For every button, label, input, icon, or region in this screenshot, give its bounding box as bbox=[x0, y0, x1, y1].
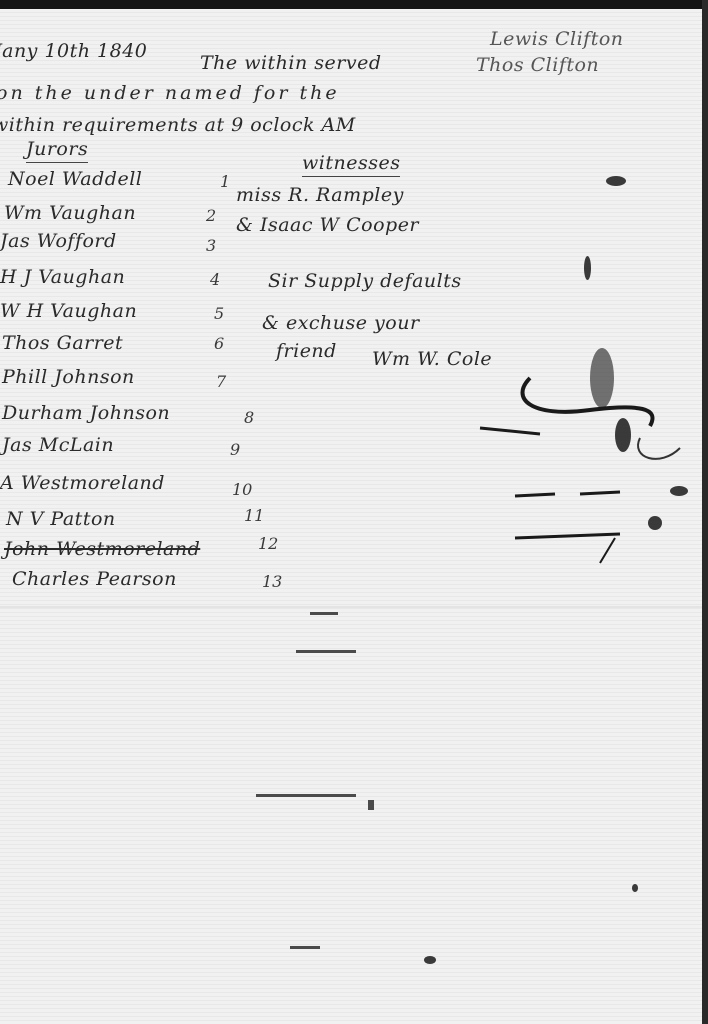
juror-name: Phill Johnson bbox=[2, 366, 135, 388]
scan-border-top bbox=[0, 0, 708, 9]
document-page: Jany 10th 1840 The within served on the … bbox=[0, 8, 702, 1024]
juror-number: 13 bbox=[262, 572, 282, 591]
ink-mark bbox=[290, 946, 320, 949]
juror-number: 11 bbox=[244, 506, 264, 525]
juror-number: 2 bbox=[206, 206, 216, 225]
juror-name: Thos Garret bbox=[2, 332, 123, 354]
header-line-1: The within served bbox=[200, 52, 381, 74]
juror-name: Durham Johnson bbox=[2, 402, 170, 424]
ink-blot bbox=[632, 884, 638, 892]
scan-border-right bbox=[702, 0, 708, 1024]
top-right-name-1: Lewis Clifton bbox=[490, 28, 624, 50]
witness-name: miss R. Rampley bbox=[236, 184, 404, 206]
ink-mark bbox=[368, 800, 374, 810]
juror-number: 10 bbox=[232, 480, 252, 499]
witnesses-heading: witnesses bbox=[302, 152, 400, 174]
juror-name-struck: John Westmoreland bbox=[4, 538, 200, 560]
note-line-3: friend bbox=[276, 340, 337, 362]
ink-mark bbox=[310, 612, 338, 615]
paper-fold-line bbox=[0, 606, 702, 608]
juror-name: Charles Pearson bbox=[12, 568, 177, 590]
header-date: Jany 10th 1840 bbox=[0, 40, 147, 62]
ink-blot bbox=[590, 348, 614, 408]
juror-name: N V Patton bbox=[6, 508, 116, 530]
juror-name: Jas Wofford bbox=[0, 230, 117, 252]
juror-number: 3 bbox=[206, 236, 216, 255]
juror-name: A Westmoreland bbox=[0, 472, 165, 494]
juror-number: 9 bbox=[230, 440, 240, 459]
juror-number: 1 bbox=[220, 172, 230, 191]
ink-blot bbox=[615, 418, 631, 452]
juror-number: 6 bbox=[214, 334, 224, 353]
juror-number: 5 bbox=[214, 304, 224, 323]
ink-bleed-through-flourish bbox=[470, 338, 700, 568]
juror-name: Jas McLain bbox=[2, 434, 114, 456]
juror-name: W H Vaughan bbox=[0, 300, 137, 322]
witness-name: & Isaac W Cooper bbox=[236, 214, 419, 236]
note-line-1: Sir Supply defaults bbox=[268, 270, 462, 292]
jurors-heading: Jurors bbox=[26, 138, 88, 160]
juror-name: Wm Vaughan bbox=[4, 202, 136, 224]
ink-blot bbox=[670, 486, 688, 496]
juror-number: 8 bbox=[244, 408, 254, 427]
juror-number: 12 bbox=[258, 534, 278, 553]
juror-number: 4 bbox=[210, 270, 220, 289]
top-right-name-2: Thos Clifton bbox=[476, 54, 599, 76]
juror-name: H J Vaughan bbox=[0, 266, 125, 288]
ink-blot bbox=[648, 516, 662, 530]
ink-mark bbox=[296, 650, 356, 653]
juror-name: Noel Waddell bbox=[8, 168, 142, 190]
ink-blot bbox=[424, 956, 436, 964]
header-line-2: on the under named for the bbox=[0, 82, 340, 104]
ink-blot bbox=[584, 256, 591, 280]
note-line-2: & exchuse your bbox=[262, 312, 420, 334]
juror-number: 7 bbox=[216, 372, 226, 391]
ink-mark bbox=[256, 794, 356, 797]
header-line-3: within requirements at 9 oclock AM bbox=[0, 114, 356, 136]
ink-blot bbox=[606, 176, 626, 186]
